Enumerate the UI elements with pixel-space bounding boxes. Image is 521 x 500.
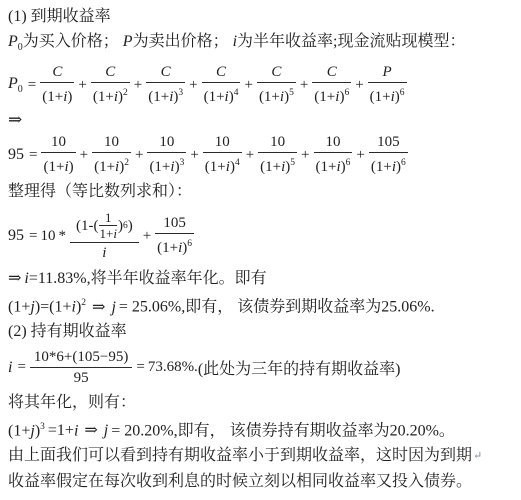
- section-heading-ytm: (1) 到期收益率: [8, 5, 516, 29]
- plus-sign: +: [143, 228, 151, 245]
- annualize-line: 将其年化，则有：: [8, 390, 516, 415]
- intro-line: P0为买入价格； P为卖出价格； i为半年收益率;现金流贴现模型：: [8, 29, 516, 60]
- implies-arrow: ⇒: [92, 299, 105, 316]
- equals-sign: =: [28, 77, 36, 94]
- fraction-term: 105(1+i)6: [155, 214, 194, 258]
- plus-sign: +: [356, 147, 364, 164]
- coefficient: 10: [40, 228, 55, 245]
- formula-lhs: P0: [8, 75, 23, 95]
- fraction-term: 10(1+i): [41, 133, 75, 177]
- implies-arrow: ⇒: [8, 270, 21, 287]
- conclusion-line-2: 收益率假定在每次收到利息的时候立刻以相同收益率又投入债券。: [8, 469, 516, 494]
- fraction-term: C(1+i)6: [312, 63, 351, 107]
- fraction-term: C(1+i)3: [146, 63, 185, 107]
- formula-lhs: 95: [8, 227, 24, 245]
- intro-text-1: 为买入价格；: [23, 33, 119, 50]
- equals-sign: =: [29, 147, 37, 164]
- soft-return-mark: ↵: [473, 450, 482, 462]
- conclusion-line-1: 由上面我们可以看到持有期收益率小于到期收益率，这时因为到期↵: [8, 443, 516, 469]
- section-heading-hpy: (2) 持有期收益率: [8, 320, 516, 344]
- document-body: (1) 到期收益率 P0为买入价格； P为卖出价格； i为半年收益率;现金流贴现…: [0, 0, 521, 494]
- equals-sign: =: [29, 228, 37, 245]
- implies-arrow: ⇒: [8, 109, 516, 131]
- simplify-line: 整理得（等比数列求和）：: [8, 179, 516, 204]
- result-ytm-annualized: (1+j)=(1+i)2⇒j= 25.06%,即有， 该债券到期收益率为25.0…: [8, 291, 516, 319]
- fraction-term: 10(1+i)6: [314, 133, 353, 177]
- times-sign: *: [58, 228, 66, 245]
- result-text: = 20.20%,即有， 该债券持有期收益率为20.20%。: [111, 422, 455, 439]
- result-note: (此处为三年的持有期收益率): [198, 356, 401, 379]
- formula-lhs: 95: [8, 146, 24, 164]
- inner-fraction: 11+i: [99, 210, 116, 242]
- plus-sign: +: [301, 147, 309, 164]
- equals-sign: =: [17, 359, 25, 376]
- fraction-term: C(1+i): [40, 63, 74, 107]
- fraction-term: C(1+i)2: [91, 63, 130, 107]
- plus-sign: +: [300, 77, 308, 94]
- formula-lhs: i: [8, 359, 12, 377]
- formula-dcf-model: P0 = C(1+i) + C(1+i)2 + C(1+i)3 + C(1+i)…: [8, 63, 516, 107]
- fraction-term: C(1+i)5: [257, 63, 296, 107]
- plus-sign: +: [246, 147, 254, 164]
- intro-text-2: 为卖出价格；: [133, 33, 229, 50]
- intro-text-3: 为半年收益率;现金流贴现模型：: [237, 33, 465, 50]
- formula-holding-period: i = 10*6+(105−95)95 = 73.68%. (此处为三年的持有期…: [8, 348, 516, 388]
- plus-sign: +: [355, 77, 363, 94]
- plus-sign: +: [134, 77, 142, 94]
- formula-dcf-numeric: 95 = 10(1+i) + 10(1+i)2 + 10(1+i)3 + 10(…: [8, 133, 516, 177]
- result-hpy-annualized: (1+j)3=1+i⇒j= 20.20%,即有， 该债券持有期收益率为20.20…: [8, 415, 516, 443]
- fraction-term: 10(1+i)3: [147, 133, 186, 177]
- result-value: 73.68%.: [148, 359, 198, 376]
- plus-sign: +: [80, 147, 88, 164]
- var-p0: P: [8, 33, 18, 50]
- plus-sign: +: [78, 77, 86, 94]
- fraction-term: 10*6+(105−95)95: [30, 348, 132, 388]
- result-text: =11.83%,将半年收益率年化。即有: [29, 270, 267, 287]
- result-text: = 25.06%,即有， 该债券到期收益率为25.06%.: [119, 299, 435, 316]
- big-fraction: (1-(11+i)6) i: [70, 209, 139, 263]
- implies-arrow: ⇒: [84, 422, 97, 439]
- fraction-term: 10(1+i)2: [92, 133, 131, 177]
- var-j: j: [111, 299, 115, 316]
- result-semiannual: ⇒i=11.83%,将半年收益率年化。即有: [8, 267, 516, 291]
- fraction-term: C(1+i)4: [202, 63, 241, 107]
- fraction-term: 10(1+i)5: [258, 133, 297, 177]
- fraction-term: 10(1+i)4: [203, 133, 242, 177]
- plus-sign: +: [190, 147, 198, 164]
- plus-sign: +: [244, 77, 252, 94]
- var-p: P: [123, 33, 133, 50]
- fraction-term: P(1+i)6: [368, 63, 407, 107]
- fraction-term: 105(1+i)6: [369, 133, 408, 177]
- plus-sign: +: [135, 147, 143, 164]
- equals-sign: =: [136, 359, 144, 376]
- formula-geometric-sum: 95 = 10 * (1-(11+i)6) i + 105(1+i)6: [8, 209, 516, 263]
- var-j: j: [104, 422, 108, 439]
- plus-sign: +: [189, 77, 197, 94]
- var-i: i: [74, 422, 78, 439]
